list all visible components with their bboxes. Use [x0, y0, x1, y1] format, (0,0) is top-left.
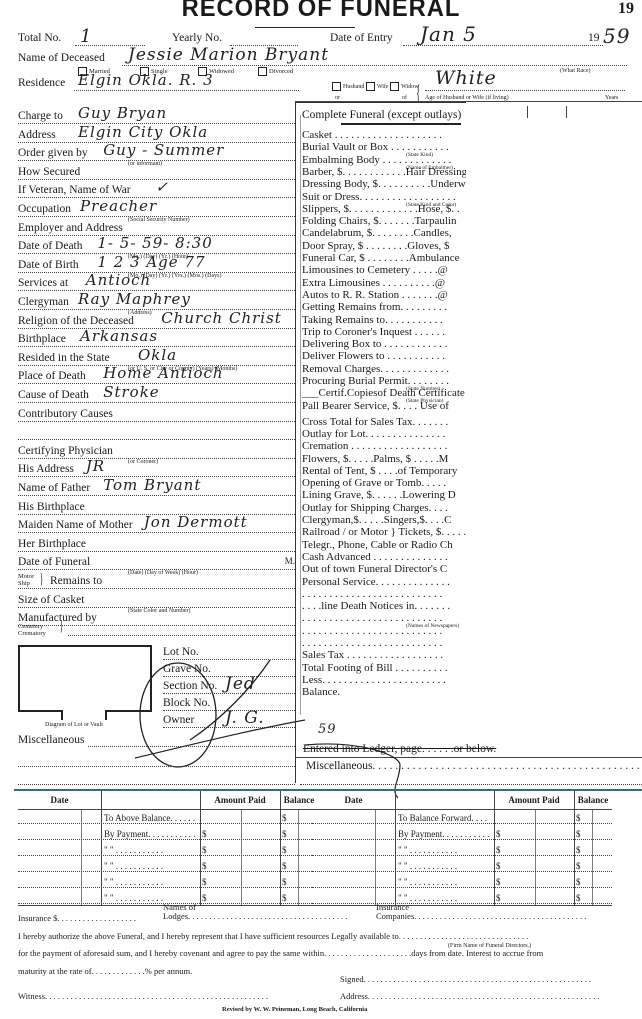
field-label: Religion of the Deceased	[18, 315, 134, 327]
field-value[interactable]: Tom Bryant	[103, 476, 201, 494]
charge-item[interactable]: Taking Remains to. . . . . . . . . . .	[302, 314, 443, 326]
companies-field[interactable]: Insurance Companies. . . . . . . . . . .…	[376, 903, 586, 921]
ledger-header: Date	[312, 795, 395, 805]
field-label: Size of Casket	[18, 594, 84, 606]
charge-item[interactable]: Outlay for Shipping Charges. . . .	[302, 502, 448, 514]
charge-item[interactable]: Cross Total for Sales Tax. . . . . . .	[302, 416, 448, 428]
ledger-balance[interactable]: $	[282, 829, 287, 839]
ledger-balance[interactable]: $	[576, 813, 581, 823]
field-label: Certifying Physician	[18, 445, 113, 457]
ledger-desc: " " . . . . . . . . . . .	[104, 877, 164, 887]
ledger-row-line[interactable]	[18, 871, 318, 872]
field-value[interactable]: Home Antioch	[103, 364, 223, 382]
ledger-row-line[interactable]	[312, 823, 612, 824]
ledger-balance[interactable]: $	[282, 877, 287, 887]
race-label: (What Race)	[560, 68, 590, 74]
charge-item[interactable]: Flowers, $. . . . .Palms, $ . . . . .M	[302, 453, 448, 465]
heading-underline	[341, 123, 461, 125]
ledger-amount[interactable]: $	[496, 829, 501, 839]
field-value[interactable]: Stroke	[103, 383, 159, 401]
ledger-row-line[interactable]	[18, 855, 318, 856]
lot-diagram-door-left	[61, 710, 63, 720]
page-number: 19	[618, 0, 634, 18]
charge-item[interactable]: . . . .line Death Notices in. . . . . . …	[302, 600, 450, 612]
charge-item[interactable]: Opening of Grave or Tomb. . . . .	[302, 477, 446, 489]
field-row: Certifying Physician(or Coroner)	[18, 445, 295, 463]
ledger-row-line[interactable]	[18, 887, 318, 888]
deceased-name-field[interactable]: Jessie Marion Bryant	[128, 45, 329, 65]
ledger-balance[interactable]: $	[576, 845, 581, 855]
charges-heading: Complete Funeral (except outlays)	[302, 109, 461, 121]
divorced-checkbox[interactable]	[258, 67, 267, 76]
charge-item[interactable]: Less. . . . . . . . . . . . . . . . . . …	[302, 674, 446, 686]
field-value[interactable]: Guy Bryan	[78, 104, 167, 122]
husband-checkbox[interactable]	[332, 82, 341, 91]
field-row	[18, 426, 295, 444]
charge-item[interactable]: Personal Service. . . . . . . . . . . . …	[302, 576, 450, 588]
field-row: Cause of DeathStroke	[18, 389, 295, 407]
signed-field[interactable]: Signed. . . . . . . . . . . . . . . . . …	[340, 974, 591, 984]
charge-item[interactable]: Cash Advanced . . . . . . . . . . . . . …	[302, 551, 448, 563]
insurance-field[interactable]: Insurance $. . . . . . . . . . . . . . .…	[18, 913, 136, 923]
marital-divorced[interactable]: Divorced	[258, 67, 293, 76]
cemetery-field[interactable]	[68, 635, 295, 636]
field-label: How Secured	[18, 166, 80, 178]
lot-diagram-door-right	[105, 710, 107, 720]
year-field[interactable]: 59	[603, 24, 630, 48]
year-prefix: 19	[588, 32, 600, 44]
ledger-desc: " " . . . . . . . . . . .	[398, 861, 458, 871]
field-label: Date of Birth	[18, 259, 79, 271]
field-value[interactable]: Antioch	[86, 271, 151, 289]
field-line[interactable]	[18, 588, 295, 589]
charges-amount-column[interactable]	[465, 102, 642, 762]
ledger-header-rule	[312, 809, 612, 810]
charge-item[interactable]: . . . . . . . . . . . . . . . . . . . . …	[302, 637, 442, 649]
ledger-row-line[interactable]	[18, 823, 318, 824]
field-label: Address	[18, 129, 56, 141]
authorize-line: I hereby authorize the above Funeral, an…	[18, 931, 528, 941]
charge-item[interactable]: Slippers, $. . . . . . . . . . . . .Hose…	[302, 203, 460, 215]
amount-tick	[527, 106, 528, 118]
field-value[interactable]: 1 2 3 Age 77	[97, 253, 205, 271]
field-row: Date of Funeral(Date) (Day of Week) (Hou…	[18, 556, 295, 574]
field-label: His Birthplace	[18, 501, 85, 513]
ledger-balance[interactable]: $	[282, 845, 287, 855]
charge-item[interactable]: Sales Tax . . . . . . . . . . . . . . . …	[302, 649, 443, 661]
charge-item[interactable]: Removal Charges. . . . . . . . . . . . .	[302, 363, 449, 375]
charge-item[interactable]: Telegr., Phone, Cable or Radio Ch	[302, 539, 453, 551]
lot-diagram-base-left	[18, 710, 63, 712]
field-label: Cause of Death	[18, 389, 89, 401]
ledger-header: Balance	[574, 795, 612, 805]
ledger-row-line[interactable]	[312, 855, 612, 856]
charge-item[interactable]: Deliver Flowers to . . . . . . . . . . .	[302, 350, 445, 362]
field-row: Size of Casket(State Color and Number)	[18, 594, 295, 612]
field-line[interactable]	[18, 495, 295, 496]
ledger-balance[interactable]: $	[282, 813, 287, 823]
field-label: Order given by	[18, 147, 88, 159]
ledger-row-line[interactable]	[18, 839, 318, 840]
field-label: Birthplace	[18, 333, 66, 345]
field-row: Date of Birth1 2 3 Age 77(Mo.) (Day) (Yr…	[18, 259, 295, 277]
charge-item[interactable]: Trip to Coroner's Inquest . . . . . .	[302, 326, 445, 338]
motor-ship-prefix: MotorShip	[18, 573, 34, 587]
charge-item[interactable]: Door Spray, $ . . . . . . . .Gloves, $	[302, 240, 449, 252]
ledger-balance[interactable]: $	[282, 861, 287, 871]
yearly-no-label: Yearly No.	[172, 32, 222, 44]
charge-item[interactable]: Balance.	[302, 686, 340, 698]
charge-item[interactable]: Casket . . . . . . . . . . . . . . . . .…	[302, 129, 442, 141]
field-row: OccupationPreacher(Social Security Numbe…	[18, 203, 295, 221]
charge-item[interactable]: Folding Chairs, $. . . . . . .Tarpaulin	[302, 215, 456, 227]
total-no-field[interactable]: 1	[80, 26, 92, 47]
race-field[interactable]: White	[435, 67, 497, 89]
ledger-amount[interactable]: $	[496, 861, 501, 871]
charge-item[interactable]: Total Footing of Bill . . . . . . . . . …	[302, 662, 448, 674]
field-line[interactable]	[18, 532, 295, 533]
field-line[interactable]	[18, 402, 295, 403]
cemetery-brace: }	[60, 618, 64, 635]
field-label: Her Birthplace	[18, 538, 86, 550]
miscellaneous-left-line2[interactable]	[18, 766, 295, 767]
form-title: RECORD OF FUNERAL	[16, 0, 626, 23]
ledger-balance[interactable]: $	[576, 861, 581, 871]
charge-item[interactable]: Outlay for Lot. . . . . . . . . . . . . …	[302, 428, 445, 440]
field-row: MotorShip}Remains to	[18, 575, 295, 593]
field-label: Place of Death	[18, 370, 86, 382]
field-value[interactable]: Jon Dermott	[144, 513, 248, 531]
wife-checkbox[interactable]	[366, 82, 375, 91]
date-of-entry-label: Date of Entry	[330, 32, 393, 44]
address-field[interactable]: Address. . . . . . . . . . . . . . . . .…	[340, 991, 599, 1001]
miscellaneous-left-line3[interactable]	[18, 784, 295, 785]
ledger-desc: " " . . . . . . . . . . .	[398, 845, 458, 855]
ledger-amount[interactable]: $	[202, 845, 207, 855]
field-value[interactable]: Guy - Summer	[103, 141, 224, 159]
field-label: Employer and Address	[18, 222, 123, 234]
race-line	[425, 90, 625, 91]
field-value[interactable]: 1- 5- 59- 8:30	[97, 234, 212, 252]
brace: }	[40, 571, 44, 588]
field-label: Occupation	[18, 203, 71, 215]
lodges-field[interactable]: Names of Lodges. . . . . . . . . . . . .…	[163, 903, 347, 921]
ledger-desc: " " . . . . . . . . . . .	[104, 893, 164, 903]
widow-checkbox[interactable]	[390, 82, 399, 91]
field-row: Name of FatherTom Bryant	[18, 482, 295, 500]
field-row: Her Birthplace	[18, 538, 295, 556]
field-line[interactable]	[18, 421, 295, 422]
ledger-desc: To Above Balance. . . . . .	[104, 813, 196, 823]
field-row: Order given byGuy - Summer(or informant)	[18, 147, 295, 165]
field-value[interactable]: Okla	[138, 346, 177, 364]
charge-item[interactable]: Dressing Body, $. . . . . . . . . .Under…	[302, 178, 466, 190]
charge-item[interactable]: Clergyman,$. . . . .Singers,$. . . .C	[302, 514, 452, 526]
charges-panel: Complete Funeral (except outlays) Casket…	[295, 102, 466, 783]
field-value[interactable]: JR	[86, 457, 105, 475]
charge-item[interactable]: . . . . . . . . . . . . . . . . . . . . …	[302, 625, 442, 637]
ledger-balance[interactable]: $	[576, 877, 581, 887]
ledger-desc: To Balance Forward. . . .	[398, 813, 488, 823]
charge-item[interactable]: . . . . . . . . . . . . . . . . . . . . …	[302, 588, 442, 600]
witness-field[interactable]: Witness. . . . . . . . . . . . . . . . .…	[18, 991, 268, 1001]
ledger-header: Amount Paid	[200, 795, 280, 805]
charge-item[interactable]: Railroad / or Motor } Tickets, $. . . . …	[302, 526, 466, 538]
spouse-options: Husband Wife Widow	[332, 82, 419, 91]
field-value[interactable]: Church Christ	[161, 309, 282, 327]
field-line[interactable]	[18, 439, 295, 440]
ledger-row-line[interactable]	[312, 871, 612, 872]
title-underline	[255, 27, 355, 28]
field-row: Maiden Name of MotherJon Dermott	[18, 519, 295, 537]
ledger-row-line[interactable]	[312, 839, 612, 840]
deceased-name-label: Name of Deceased	[18, 52, 105, 64]
ledger-amount[interactable]: $	[202, 877, 207, 887]
field-line[interactable]	[18, 551, 295, 552]
charge-item[interactable]: Candelabrum, $. . . . . . . .Candles,	[302, 227, 452, 239]
cemetery-label: Cemetery Crematory	[18, 623, 46, 637]
ledger-desc: " " . . . . . . . . . . .	[104, 845, 164, 855]
revised-by: Revised by W. W. Peineman, Long Beach, C…	[222, 1006, 367, 1013]
charge-item[interactable]: Barber, $. . . . . . . . . . . .Hair Dre…	[302, 166, 466, 178]
lot-diagram-caption: Diagram of Lot or Vault	[45, 722, 103, 728]
ledger-balance[interactable]: $	[576, 829, 581, 839]
ledger-header: Amount Paid	[494, 795, 574, 805]
field-label: Services at	[18, 277, 68, 289]
charge-item[interactable]: Delivering Box to . . . . . . . . . . . …	[302, 338, 447, 350]
miscellaneous-left-field[interactable]	[88, 746, 295, 747]
ledger-amount[interactable]: $	[496, 893, 501, 903]
field-value[interactable]: Elgin City Okla	[78, 123, 208, 141]
field-label: Clergyman	[18, 296, 69, 308]
field-label: Charge to	[18, 110, 63, 122]
ledger-amount[interactable]: $	[496, 845, 501, 855]
field-label: Maiden Name of Mother	[18, 519, 133, 531]
ledger-amount[interactable]: $	[202, 829, 207, 839]
field-label: Date of Death	[18, 240, 83, 252]
ledger-desc: By Payment. . . . . . . . . . .	[398, 829, 491, 839]
ledger-header: Date	[18, 795, 101, 805]
total-no-label: Total No.	[18, 32, 61, 44]
field-value[interactable]: Preacher	[80, 197, 157, 215]
less-annotation: 59	[318, 722, 337, 737]
ledger-balance[interactable]: $	[282, 893, 287, 903]
handwritten-circle-annotation	[130, 650, 310, 800]
field-label: Date of Funeral	[18, 556, 90, 568]
ledger-desc: By Payment. . . . . . . . . . .	[104, 829, 197, 839]
charge-item[interactable]: Pall Bearer Service, $. . . . Use of	[302, 400, 449, 412]
field-value[interactable]: Ray Maphrey	[78, 290, 191, 308]
field-label: Resided in the State	[18, 352, 110, 364]
payment-line: for the payment of aforesaid sum, and I …	[18, 948, 543, 958]
ledger-desc: " " . . . . . . . . . . .	[398, 877, 458, 887]
charge-item[interactable]: Extra Limousines . . . . . . . . . .@	[302, 277, 445, 289]
charge-item[interactable]: Autos to R. R. Station . . . . . . .@	[302, 289, 448, 301]
charge-item[interactable]: Limousines to Cemetery . . . . .@	[302, 264, 448, 276]
field-value[interactable]: Arkansas	[80, 327, 158, 345]
field-label: His Address	[18, 463, 74, 475]
field-label: Contributory Causes	[18, 408, 113, 420]
ledger-row-line[interactable]	[312, 887, 612, 888]
amount-tick-2	[566, 106, 567, 118]
field-suffix: M.	[285, 556, 295, 566]
ledger-header-rule	[18, 809, 318, 810]
ledger-balance[interactable]: $	[576, 893, 581, 903]
handwritten-squiggle	[300, 740, 420, 800]
field-row: Contributory Causes	[18, 408, 295, 426]
panel-inner-rule	[300, 115, 301, 715]
charge-item[interactable]: Getting Remains from. . . . . . . . .	[302, 301, 447, 313]
miscellaneous-left-label: Miscellaneous	[18, 734, 84, 746]
field-value[interactable]: ✓	[155, 178, 169, 196]
field-label: Name of Father	[18, 482, 90, 494]
maturity-line: maturity at the rate of. . . . . . . . .…	[18, 966, 192, 976]
charge-item[interactable]: Lining Grave, $. . . . . .Lowering D	[302, 489, 456, 501]
charge-item[interactable]: Rental of Tent, $ . . . .of Temporary	[302, 465, 457, 477]
ledger-amount[interactable]: $	[202, 861, 207, 871]
charge-item[interactable]: Funeral Car, $ . . . . . . . .Ambulance	[302, 252, 460, 264]
deceased-name-line	[122, 65, 627, 66]
residence-line	[74, 90, 299, 91]
ledger-top-rule	[14, 789, 642, 791]
residence-field[interactable]: Elgin Okla. R. 3	[78, 71, 214, 89]
ledger-amount[interactable]: $	[496, 877, 501, 887]
date-of-entry-field[interactable]: Jan 5	[420, 22, 477, 46]
field-label: Remains to	[50, 575, 102, 587]
ledger-amount[interactable]: $	[202, 893, 207, 903]
residence-label: Residence	[18, 77, 65, 89]
field-label: If Veteran, Name of War	[18, 184, 131, 196]
ledger-desc: " " . . . . . . . . . . .	[104, 861, 164, 871]
charge-item[interactable]: Cremation . . . . . . . . . . . . . . . …	[302, 440, 447, 452]
charge-item[interactable]: Out of town Funeral Director's C	[302, 563, 447, 575]
